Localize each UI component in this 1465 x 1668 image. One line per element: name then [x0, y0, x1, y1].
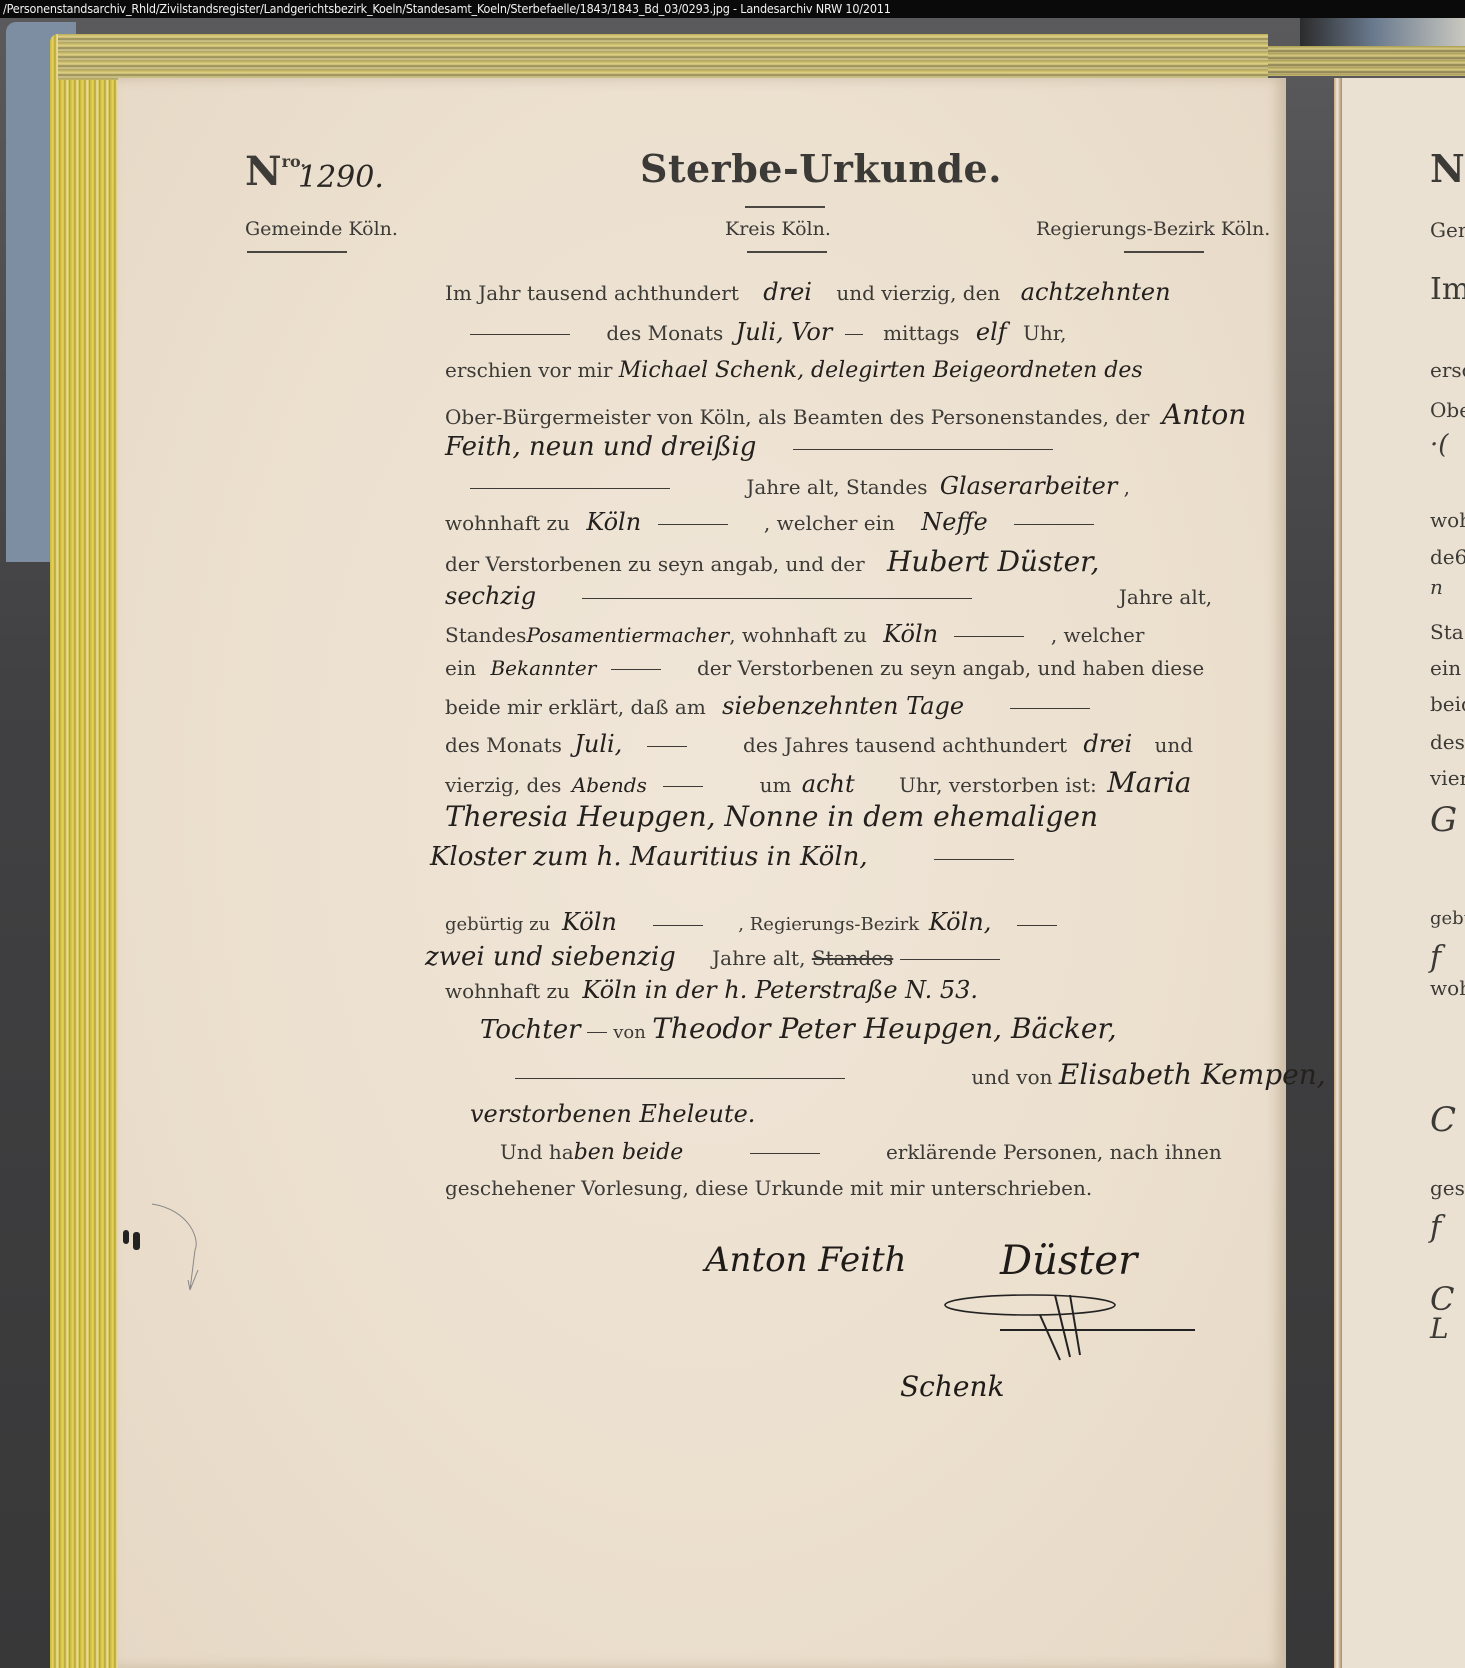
document-page-left [118, 78, 1286, 1668]
right-page-text: Gem [1430, 218, 1465, 242]
line-24: geschehener Vorlesung, diese Urkunde mit… [445, 1176, 1092, 1200]
right-page-text: ·( [1430, 430, 1448, 460]
right-page-text: ersch [1430, 358, 1465, 382]
right-page-text: des [1430, 730, 1465, 754]
right-page-text: Sta [1430, 620, 1464, 644]
line-3: erschien vor mir Michael Schenk, delegir… [445, 358, 1143, 383]
gemeinde-label: Gemeinde Köln. [245, 218, 398, 240]
right-page-text: L [1430, 1312, 1449, 1345]
right-page-text: Im [1430, 272, 1465, 307]
line-8: der Verstorbenen zu seyn angab, und der … [445, 545, 1099, 578]
line-18: zwei und siebenzig Jahre alt, Standes [425, 942, 1000, 972]
line-15: Theresia Heupgen, Nonne in dem ehemalige… [445, 800, 1098, 833]
line-6: Jahre alt, Standes Glaserarbeiter , [470, 472, 1130, 500]
line-4: Ober-Bürgermeister von Köln, als Beamten… [445, 398, 1246, 431]
document-title: Sterbe-Urkunde. [640, 146, 1002, 191]
page-edges-top [58, 34, 1268, 80]
line-11: ein Bekannter der Verstorbenen zu seyn a… [445, 656, 1204, 680]
line-2: des Monats Juli, Vor mittags elf Uhr, [470, 318, 1066, 346]
right-page-text: beid [1430, 692, 1465, 716]
line-16: Kloster zum h. Mauritius in Köln, [430, 842, 1014, 872]
signature-duester: Düster [1000, 1238, 1137, 1284]
ink-blot [123, 1230, 129, 1244]
line-14: vierzig, des Abends um acht Uhr, verstor… [445, 766, 1192, 799]
line-13: des Monats Juli, des Jahres tausend acht… [445, 730, 1193, 758]
signature-schenk: Schenk [900, 1370, 1004, 1403]
right-page-text: woh [1430, 976, 1465, 1000]
document-page-right [1342, 78, 1465, 1668]
line-9: sechzig Jahre alt, [445, 582, 1212, 610]
bezirk-rule [1124, 251, 1204, 253]
right-page-text: C [1430, 1100, 1456, 1140]
right-page-text: vierz [1430, 766, 1465, 790]
line-7: wohnhaft zu Köln , welcher ein Neffe [445, 508, 1094, 536]
right-page-text: ein [1430, 656, 1461, 680]
page-edges-top-right [1268, 46, 1465, 76]
line-5: Feith, neun und dreißig [445, 432, 1053, 462]
line-17: gebürtig zu Köln , Regierungs-Bezirk Köl… [445, 908, 1057, 936]
line-12: beide mir erklärt, daß am siebenzehnten … [445, 692, 1090, 720]
ink-blot [133, 1232, 140, 1250]
right-page-text: f [1430, 1210, 1441, 1245]
line-21: und von Elisabeth Kempen, [515, 1058, 1326, 1091]
kreis-rule [747, 251, 827, 253]
book-gutter [1334, 78, 1342, 1668]
signature-anton-feith: Anton Feith [705, 1240, 907, 1280]
window-title-bar: /Personenstandsarchiv_Rhld/Zivilstandsre… [0, 0, 1465, 18]
kreis-label: Kreis Köln. [725, 218, 831, 240]
right-page-text: n [1430, 575, 1443, 599]
right-page-text: Obe [1430, 398, 1465, 422]
right-page-text: woh [1430, 508, 1465, 532]
line-10: StandesPosamentiermacher, wohnhaft zu Kö… [445, 620, 1144, 648]
line-1: Im Jahr tausend achthundert drei und vie… [445, 278, 1171, 306]
signature-flourish-icon [940, 1285, 1200, 1365]
right-page-text: gebü [1430, 908, 1465, 929]
right-page-nro: Nro [1430, 146, 1465, 191]
line-19: wohnhaft zu Köln in der h. Peterstraße N… [445, 976, 978, 1004]
right-page-text: f [1430, 940, 1441, 975]
line-23: Und haben beide erklärende Personen, nac… [500, 1140, 1222, 1165]
bezirk-label: Regierungs-Bezirk Köln. [1036, 218, 1270, 240]
gemeinde-rule [247, 251, 347, 253]
record-number-label: Nro. [245, 148, 306, 195]
line-22: verstorbenen Eheleute. [470, 1100, 755, 1128]
title-rule [745, 206, 825, 208]
pencil-arrow-icon [150, 1200, 210, 1300]
right-page-text: G [1430, 800, 1457, 840]
record-number-value: 1290. [298, 160, 384, 195]
line-20: Tochter von Theodor Peter Heupgen, Bäcke… [480, 1012, 1117, 1045]
right-page-text: gesc [1430, 1176, 1465, 1200]
right-page-text: de6 [1430, 545, 1465, 569]
